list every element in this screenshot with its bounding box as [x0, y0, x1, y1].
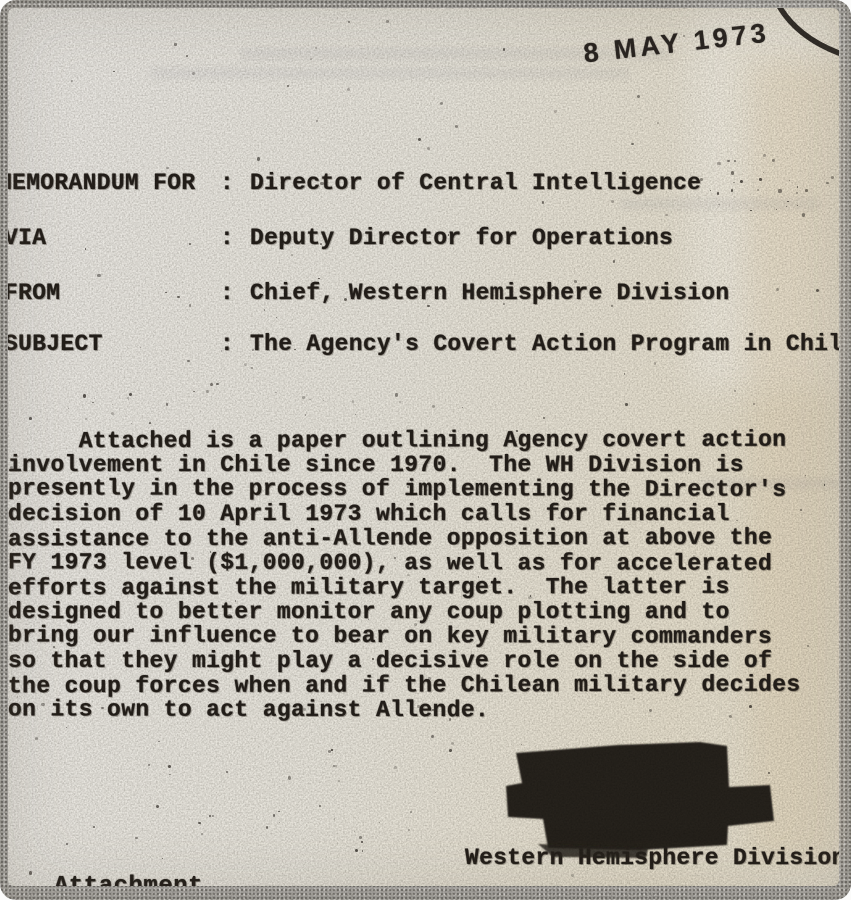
header-label: VIA — [8, 225, 220, 251]
header-label: SUBJECT — [8, 331, 220, 357]
header-row-subject: SUBJECT : The Agency's Covert Action Pro… — [8, 331, 839, 357]
body-line: assistance to the anti-Allende oppositio… — [8, 526, 801, 552]
redaction-block — [498, 736, 788, 860]
header-row-from: FROM : Chief, Western Hemisphere Divisio… — [8, 280, 729, 306]
body-line: designed to better monitor any coup plot… — [8, 600, 801, 625]
body-line: presently in the process of implementing… — [8, 476, 801, 502]
body-line: FY 1973 level ($1,000,000), as well as f… — [8, 550, 801, 576]
header-colon: : — [220, 170, 250, 196]
attachment-note: Attachment — [54, 873, 203, 886]
header-value: Director of Central Intelligence — [250, 170, 701, 196]
memo-body-paragraph: Attached is a paper outlining Agency cov… — [8, 428, 801, 722]
header-label: FROM — [8, 280, 220, 306]
body-line: so that they might play a decisive role … — [8, 649, 801, 674]
page-curl-line — [740, 8, 839, 80]
body-line: efforts against the military target. The… — [8, 575, 801, 601]
body-line: the coup forces when and if the Chilean … — [8, 673, 801, 699]
page-content-area: 8 MAY 1973 MEMORANDUM FOR : Director of … — [8, 8, 839, 886]
body-line: bring our influence to bear on key milit… — [8, 623, 801, 649]
header-value: Chief, Western Hemisphere Division — [250, 280, 729, 306]
body-line: on its own to act against Allende. — [8, 697, 801, 723]
header-row-via: VIA : Deputy Director for Operations — [8, 225, 673, 251]
header-colon: : — [220, 280, 250, 306]
header-value: Deputy Director for Operations — [250, 225, 673, 251]
scanned-memo-screenshot: 8 MAY 1973 MEMORANDUM FOR : Director of … — [0, 0, 851, 900]
body-line: involvement in Chile since 1970. The WH … — [8, 453, 801, 478]
header-row-memorandum-for: MEMORANDUM FOR : Director of Central Int… — [8, 170, 701, 196]
header-colon: : — [220, 225, 250, 251]
photo-border-frame: 8 MAY 1973 MEMORANDUM FOR : Director of … — [0, 0, 851, 900]
header-colon: : — [220, 331, 250, 357]
body-line: decision of 10 April 1973 which calls fo… — [8, 502, 801, 527]
header-label: MEMORANDUM FOR — [8, 170, 220, 196]
header-value: The Agency's Covert Action Program in Ch… — [250, 331, 839, 357]
body-line: Attached is a paper outlining Agency cov… — [8, 428, 801, 454]
